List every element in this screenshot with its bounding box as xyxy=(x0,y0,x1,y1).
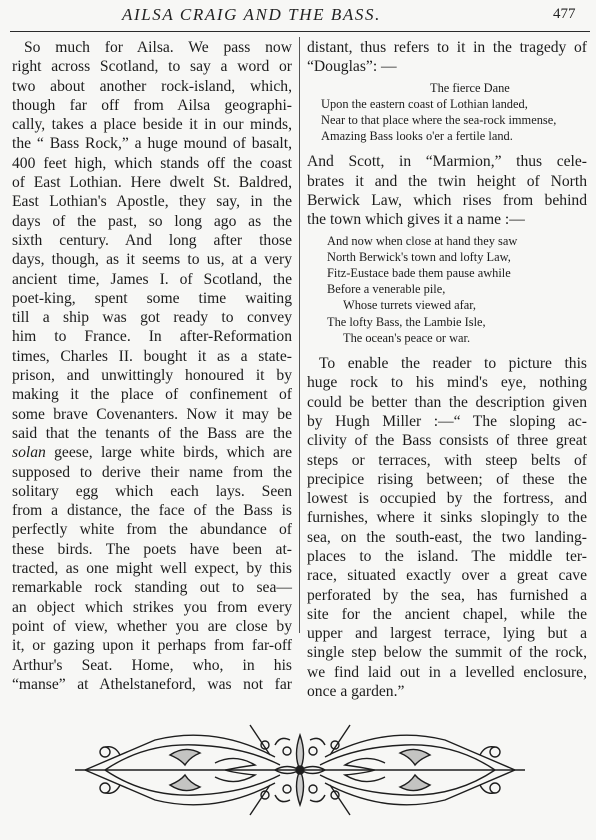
text-line: from a distance, the face of the Bass is xyxy=(12,501,292,520)
text-line: the town which gives it a name :— xyxy=(307,210,587,229)
text-line: it, or gazing upon it perhaps from far-o… xyxy=(12,636,292,655)
text-line: an object which strikes you from every xyxy=(12,598,292,617)
column-divider xyxy=(299,37,300,633)
text-line: precipice rising between; of these the xyxy=(307,470,587,489)
verse-line: North Berwick's town and lofty Law, xyxy=(307,249,587,265)
verse-line: Near to that place where the sea-rock im… xyxy=(307,112,587,128)
text-line: prison, and unwittingly honoured it by xyxy=(12,366,292,385)
text-line: site for the ancient chapel, while the xyxy=(307,605,587,624)
text-line: “Douglas”: — xyxy=(307,57,587,76)
text-line: And Scott, in “Marmion,” thus cele- xyxy=(307,152,587,171)
verse-line: The fierce Dane xyxy=(307,80,587,96)
text-line: brates it and the twin height of North xyxy=(307,172,587,191)
text-line: perforated by the sea, has furnished a xyxy=(307,586,587,605)
text-line: tracted, as one might well expect, by th… xyxy=(12,559,292,578)
text-line: upper and largest terrace, lying but a xyxy=(307,624,587,643)
text-line: two about another rock-island, which, xyxy=(12,77,292,96)
text-line: ancient time, James I. of Scotland, the xyxy=(12,270,292,289)
page-number: 477 xyxy=(553,6,576,23)
running-title: AILSA CRAIG AND THE BASS. xyxy=(122,5,381,25)
text-line: some brave Covenanters. Now it may be xyxy=(12,405,292,424)
text-line: said that the tenants of the Bass are th… xyxy=(12,424,292,443)
scrollwork-ornament-icon xyxy=(75,715,525,825)
text-line: making it the place of confinement of xyxy=(12,385,292,404)
verse-line: Amazing Bass looks o'er a fertile land. xyxy=(307,128,587,144)
header-rule xyxy=(10,31,590,32)
verse-line: Before a venerable pile, xyxy=(307,281,587,297)
verse-line: And now when close at hand they saw xyxy=(307,233,587,249)
douglas-verse-quote: The fierce Dane Upon the eastern coast o… xyxy=(307,80,587,145)
text-line: solitary egg which each lays. Seen xyxy=(12,482,292,501)
text-line: times, Charles II. bought it as a state- xyxy=(12,347,292,366)
running-head: AILSA CRAIG AND THE BASS. 477 xyxy=(0,2,596,26)
book-page: AILSA CRAIG AND THE BASS. 477 So much fo… xyxy=(0,0,596,840)
verse-line: Fitz-Eustace bade them pause awhile xyxy=(307,265,587,281)
verse-line: Whose turrets viewed afar, xyxy=(307,297,587,313)
text-line: So much for Ailsa. We pass now xyxy=(12,38,292,57)
verse-line: The ocean's peace or war. xyxy=(307,330,587,346)
text-line: To enable the reader to picture this xyxy=(307,354,587,373)
text-line: lowest is occupied by the fortress, and xyxy=(307,489,587,508)
text-line: right across Scotland, to say a word or xyxy=(12,57,292,76)
right-column: distant, thus refers to it in the traged… xyxy=(307,38,587,701)
text-line: poet-king, spent some time waiting xyxy=(12,289,292,308)
text-line: perfectly white from the abundance of xyxy=(12,520,292,539)
text-line-rest: geese, large white birds, which are xyxy=(54,444,292,461)
text-line: by Hugh Miller :—“ The sloping ac- xyxy=(307,412,587,431)
verse-line: The lofty Bass, the Lambie Isle, xyxy=(307,314,587,330)
text-line: sixth century. And long after those xyxy=(12,231,292,250)
marmion-verse-quote: And now when close at hand they saw Nort… xyxy=(307,233,587,346)
text-line: could be better than the description giv… xyxy=(307,393,587,412)
text-line: Berwick Law, which rises from behind xyxy=(307,191,587,210)
text-line: remarkable rock standing out to sea— xyxy=(12,578,292,597)
text-line: “manse” at Athelstaneford, was not far xyxy=(12,675,292,694)
text-line: him to France. In after-Reformation xyxy=(12,327,292,346)
text-line: though far off from Ailsa geographi- xyxy=(12,96,292,115)
text-line: of East Lothian. Here dwelt St. Baldred, xyxy=(12,173,292,192)
text-line: steps or terraces, with steep belts of xyxy=(307,451,587,470)
text-line: these birds. The poets have been at- xyxy=(12,540,292,559)
text-line: days, though, as it seems to us, at a ve… xyxy=(12,250,292,269)
text-line: furnishes, where it sinks slopingly to t… xyxy=(307,508,587,527)
italic-word: solan xyxy=(12,444,46,461)
text-line: distant, thus refers to it in the traged… xyxy=(307,38,587,57)
left-column: So much for Ailsa. We pass now right acr… xyxy=(12,38,292,694)
text-line: once a garden.” xyxy=(307,682,587,701)
verse-line: Upon the eastern coast of Lothian landed… xyxy=(307,96,587,112)
text-line: Arthur's Seat. Home, who, in his xyxy=(12,656,292,675)
text-line: we find laid out in a levelled enclosure… xyxy=(307,663,587,682)
text-line: huge rock to his mind's eye, nothing xyxy=(307,373,587,392)
text-line: cally, takes a place beside it in our mi… xyxy=(12,115,292,134)
text-line: point of view, whether you are close by xyxy=(12,617,292,636)
text-line: clivity of the Bass consists of three gr… xyxy=(307,431,587,450)
text-line: supposed to derive their name from the xyxy=(12,463,292,482)
text-line: 400 feet high, which stands off the coas… xyxy=(12,154,292,173)
text-line: race, situated exactly over a great cave xyxy=(307,566,587,585)
text-line: single step below the summit of the rock… xyxy=(307,643,587,662)
text-line: sea, on the south-east, the two landing- xyxy=(307,528,587,547)
text-line: the “ Bass Rock,” a huge mound of basalt… xyxy=(12,134,292,153)
text-line: East Lothian's Apostle, they say, in the xyxy=(12,192,292,211)
text-line-with-italic: solan geese, large white birds, which ar… xyxy=(12,443,292,462)
text-line: days of the past, so long ago as the xyxy=(12,212,292,231)
text-line: till a ship was got ready to convey xyxy=(12,308,292,327)
text-line: places to the island. The middle ter- xyxy=(307,547,587,566)
